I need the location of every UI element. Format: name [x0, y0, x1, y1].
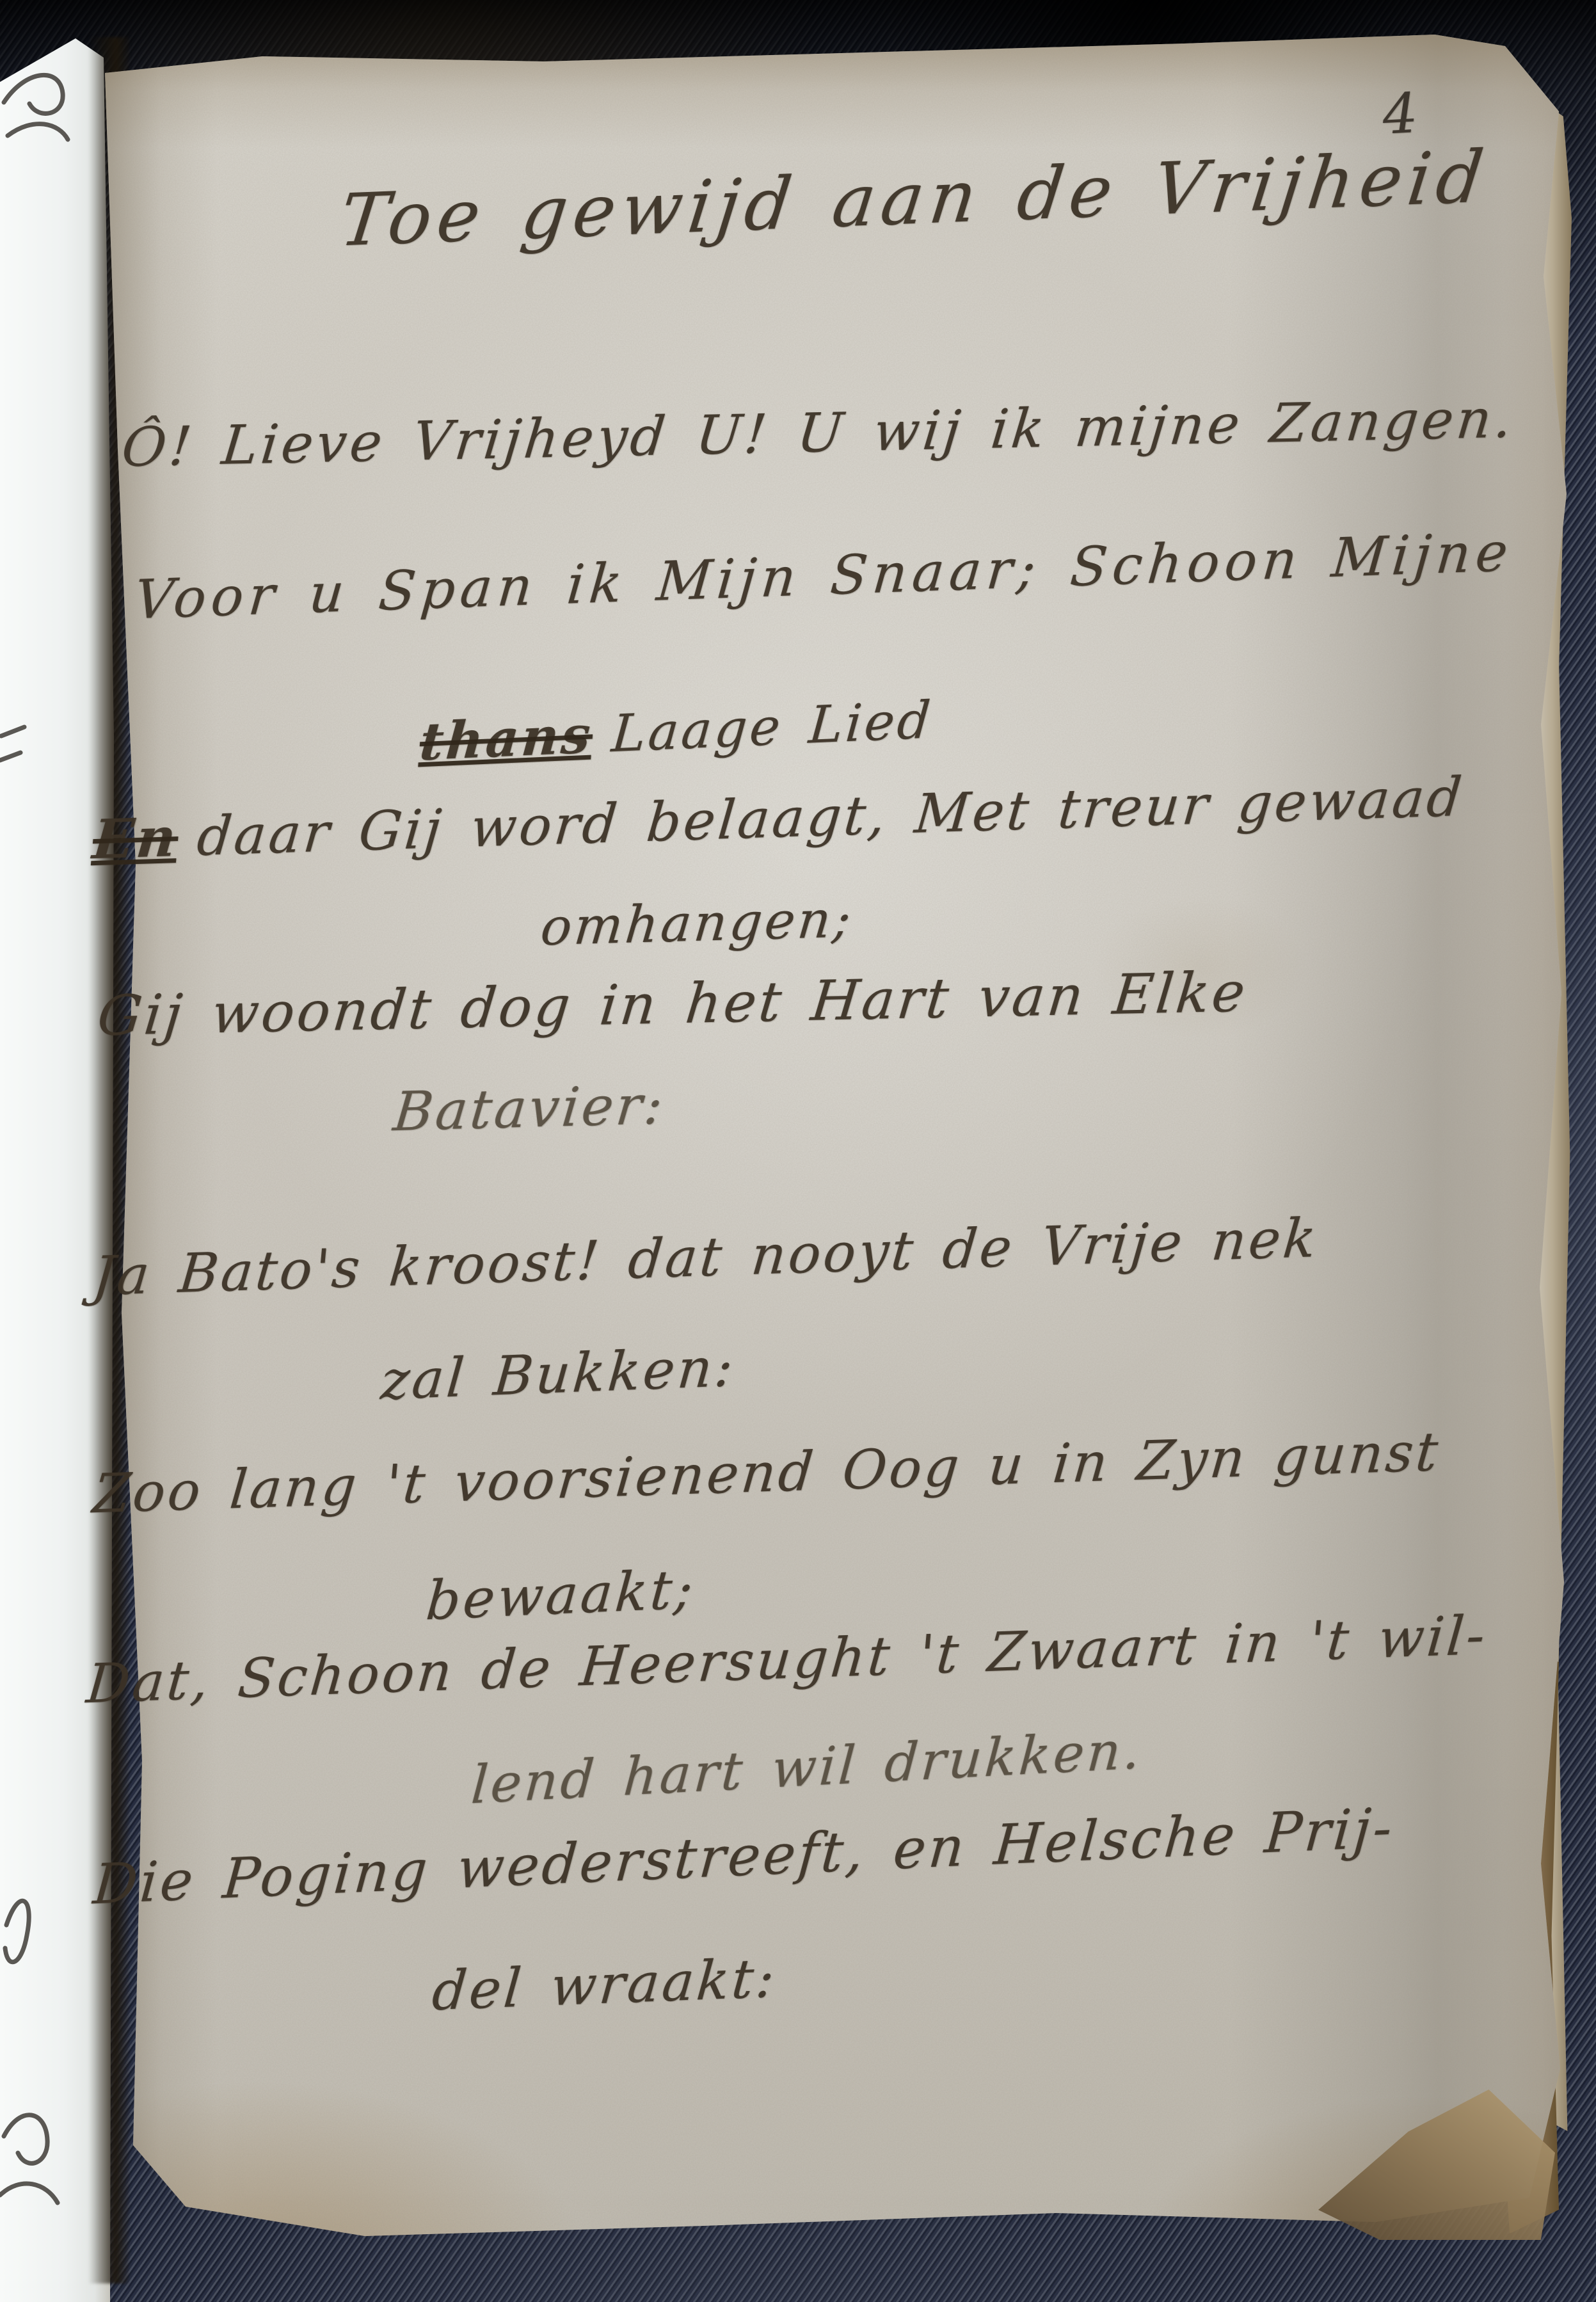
manuscript-photo: 4 Toe gewijd aan de Vrijheid Ô! Lieve Vr…	[0, 0, 1596, 2302]
page-number: 4	[1381, 81, 1422, 147]
poem-line-7: Batavier:	[391, 1073, 668, 1143]
poem-line-15: del wraakt:	[430, 1946, 779, 2022]
poem-line-11: bewaakt;	[424, 1558, 698, 1633]
poem-line-5: omhangen;	[538, 889, 856, 957]
manuscript-page	[96, 33, 1587, 2257]
strikethrough-word: thans	[418, 704, 595, 772]
strikethrough-word: En	[90, 805, 181, 872]
